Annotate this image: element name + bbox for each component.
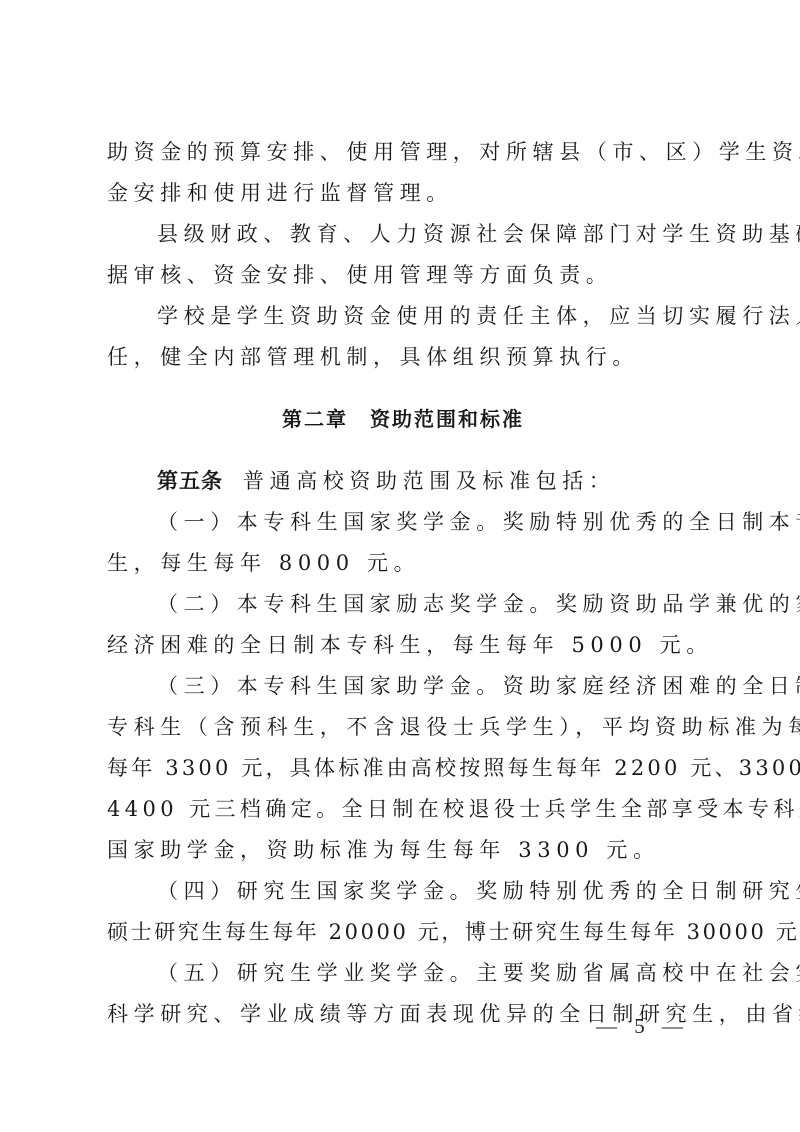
chapter-number: 第二章 bbox=[282, 407, 348, 431]
text-line: 县级财政、教育、人力资源社会保障部门对学生资助基础数 bbox=[107, 214, 699, 255]
paragraph-school-responsibility: 学校是学生资助资金使用的责任主体，应当切实履行法人责 任，健全内部管理机制，具体… bbox=[107, 296, 699, 378]
text-line: 任，健全内部管理机制，具体组织预算执行。 bbox=[107, 337, 699, 378]
text-line: （四）研究生国家奖学金。奖励特别优秀的全日制研究生， bbox=[107, 871, 699, 912]
text-line: 生，每生每年 8000 元。 bbox=[107, 543, 699, 584]
text-line: （五）研究生学业奖学金。主要奖励省属高校中在社会实践、 bbox=[107, 953, 699, 994]
article-5: 第五条普通高校资助范围及标准包括： bbox=[107, 461, 699, 502]
text-line: 经济困难的全日制本专科生，每生每年 5000 元。 bbox=[107, 625, 699, 666]
text-line: （三）本专科生国家助学金。资助家庭经济困难的全日制本 bbox=[107, 666, 699, 707]
document-page: 助资金的预算安排、使用管理，对所辖县（市、区）学生资助资 金安排和使用进行监督管… bbox=[107, 132, 699, 1035]
paragraph-county-responsibility: 县级财政、教育、人力资源社会保障部门对学生资助基础数 据审核、资金安排、使用管理… bbox=[107, 214, 699, 296]
text-line: （一）本专科生国家奖学金。奖励特别优秀的全日制本专科 bbox=[107, 502, 699, 543]
paragraph-continuation: 助资金的预算安排、使用管理，对所辖县（市、区）学生资助资 金安排和使用进行监督管… bbox=[107, 132, 699, 214]
text-line: 专科生（含预科生，不含退役士兵学生），平均资助标准为每生 bbox=[107, 707, 699, 748]
item-national-encouragement-scholarship: （二）本专科生国家励志奖学金。奖励资助品学兼优的家庭 经济困难的全日制本专科生，… bbox=[107, 584, 699, 666]
text-line: 据审核、资金安排、使用管理等方面负责。 bbox=[107, 255, 699, 296]
chapter-title: 资助范围和标准 bbox=[370, 407, 524, 431]
item-national-grant-undergrad: （三）本专科生国家助学金。资助家庭经济困难的全日制本 专科生（含预科生，不含退役… bbox=[107, 666, 699, 871]
item-national-scholarship-undergrad: （一）本专科生国家奖学金。奖励特别优秀的全日制本专科 生，每生每年 8000 元… bbox=[107, 502, 699, 584]
text-line: 助资金的预算安排、使用管理，对所辖县（市、区）学生资助资 bbox=[107, 132, 699, 173]
text-line: 学校是学生资助资金使用的责任主体，应当切实履行法人责 bbox=[107, 296, 699, 337]
text-line: 每年 3300 元，具体标准由高校按照每生每年 2200 元、3300 元、 bbox=[107, 748, 699, 789]
text-line: （二）本专科生国家励志奖学金。奖励资助品学兼优的家庭 bbox=[107, 584, 699, 625]
item-national-scholarship-graduate: （四）研究生国家奖学金。奖励特别优秀的全日制研究生， 硕士研究生每生每年 200… bbox=[107, 871, 699, 953]
page-number: — 5 — bbox=[596, 1014, 689, 1039]
text-line: 国家助学金，资助标准为每生每年 3300 元。 bbox=[107, 830, 699, 871]
article-text: 普通高校资助范围及标准包括： bbox=[243, 469, 615, 493]
text-line: 硕士研究生每生每年 20000 元，博士研究生每生每年 30000 元。 bbox=[107, 912, 699, 953]
text-line: 4400 元三档确定。全日制在校退役士兵学生全部享受本专科生 bbox=[107, 789, 699, 830]
text-line: 金安排和使用进行监督管理。 bbox=[107, 173, 699, 214]
chapter-heading: 第二章资助范围和标准 bbox=[107, 399, 699, 440]
article-label: 第五条 bbox=[157, 469, 223, 493]
